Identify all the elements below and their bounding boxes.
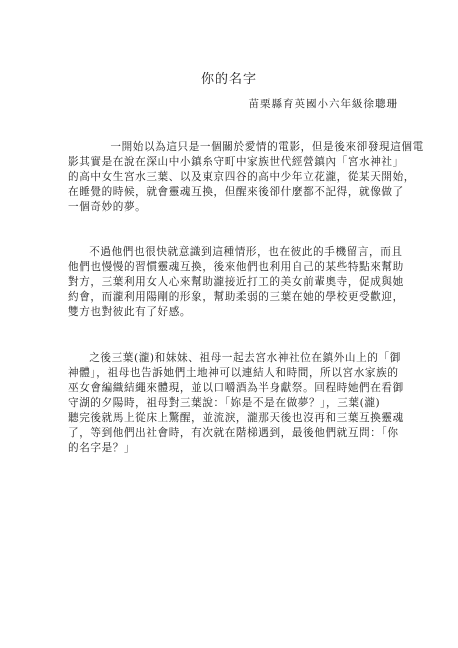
paragraph-line: 在睡覺的時候，就會靈魂互換，但醒來後卻什麼都不記得，就像做了 xyxy=(68,185,390,200)
document-page: 你的名字 苗栗縣育英國小六年級徐聰珊 一開始以為這只是一個關於愛情的電影，但是後… xyxy=(0,0,458,648)
paragraph-line: 之後三葉(瀧)和妹妹、祖母一起去宮水神社位在鎮外山上的「御 xyxy=(68,351,390,366)
document-title: 你的名字 xyxy=(0,68,458,87)
paragraph-line: 對方，三葉利用女人心來幫助瀧接近打工的美女前輩奧寺，促成與她 xyxy=(68,275,390,290)
paragraph-line: 影其實是在說在深山中小鎮糸守町中家族世代經營鎮內「宮水神社」 xyxy=(68,155,390,170)
paragraph-line: 不過他們也很快就意識到這種情形，也在彼此的手機留言，而且 xyxy=(68,245,390,260)
paragraph-line: 他們也慢慢的習慣靈魂互換，後來他們也利用自己的某些特點來幫助 xyxy=(68,260,390,275)
paragraph-line: 雙方也對彼此有了好感。 xyxy=(68,305,390,320)
paragraph-line: 巫女會編織結繩來體現，並以口嚼酒為半身獻祭。回程時她們在看御 xyxy=(68,381,390,396)
paragraph-1: 一開始以為這只是一個關於愛情的電影，但是後來卻發現這個電 影其實是在說在深山中小… xyxy=(68,140,390,215)
paragraph-line: 守湖的夕陽時，祖母對三葉說：「妳是不是在做夢？」，三葉(瀧) xyxy=(68,396,390,411)
author-line: 苗栗縣育英國小六年級徐聰珊 xyxy=(249,96,399,111)
paragraph-line: 一個奇妙的夢。 xyxy=(68,200,390,215)
paragraph-line: 一開始以為這只是一個關於愛情的電影，但是後來卻發現這個電 xyxy=(68,140,390,155)
paragraph-line: 了，等到他們出社會時，有次就在階梯遇到，最後他們就互問：「你 xyxy=(68,426,390,441)
paragraph-line: 的名字是？」 xyxy=(68,441,390,456)
paragraph-2: 不過他們也很快就意識到這種情形，也在彼此的手機留言，而且 他們也慢慢的習慣靈魂互… xyxy=(68,245,390,320)
paragraph-line: 聽完後就馬上從床上驚醒，並流淚，瀧那天後也沒再和三葉互換靈魂 xyxy=(68,411,390,426)
paragraph-line: 的高中女生宮水三葉、以及東京四谷的高中少年立花瀧，從某天開始， xyxy=(68,170,390,185)
paragraph-3: 之後三葉(瀧)和妹妹、祖母一起去宮水神社位在鎮外山上的「御 神體」，祖母也告訴她… xyxy=(68,351,390,456)
paragraph-line: 神體」，祖母也告訴她們土地神可以連結人和時間，所以宮水家族的 xyxy=(68,366,390,381)
paragraph-line: 約會，而瀧利用陽剛的形象，幫助柔弱的三葉在她的學校更受歡迎， xyxy=(68,290,390,305)
